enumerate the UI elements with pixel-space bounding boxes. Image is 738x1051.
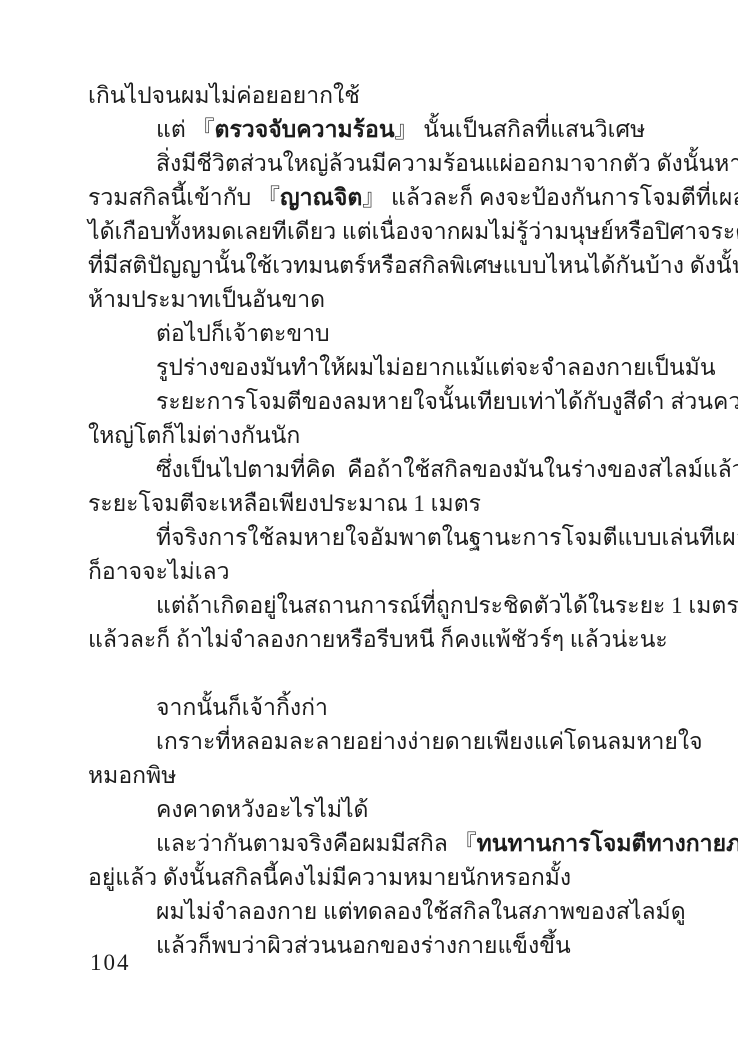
text-segment: แต่ถ้าเกิดอยู่ในสถานการณ์ที่ถูกประชิดตัว… bbox=[156, 593, 738, 618]
text-segment: และว่ากันตามจริงคือผมมีสกิล bbox=[156, 831, 454, 856]
text-line: เกราะที่หลอมละลายอย่างง่ายดายเพียงแค่โดน… bbox=[88, 725, 688, 759]
text-line: รวมสกิลนี้เข้ากับ 『ญาณจิต』 แล้วละก็ คงจะ… bbox=[88, 181, 688, 215]
book-page: เกินไปจนผมไม่ค่อยอยากใช้แต่ 『ตรวจจับความ… bbox=[0, 0, 738, 1051]
text-segment: ห้ามประมาทเป็นอันขาด bbox=[88, 287, 325, 312]
skill-name: ญาณจิต bbox=[280, 185, 362, 210]
text-segment: คงคาดหวังอะไรไม่ได้ bbox=[156, 797, 368, 822]
text-segment: ได้เกือบทั้งหมดเลยทีเดียว แต่เนื่องจากผม… bbox=[88, 219, 738, 244]
text-line: ก็อาจจะไม่เลว bbox=[88, 555, 688, 589]
text-line: เกินไปจนผมไม่ค่อยอยากใช้ bbox=[88, 79, 688, 113]
text-line: ซึ่งเป็นไปตามที่คิด คือถ้าใช้สกิลของมันใ… bbox=[88, 453, 688, 487]
page-number: 104 bbox=[90, 950, 131, 976]
text-segment: แล้วละก็ ถ้าไม่จำลองกายหรือรีบหนี ก็คงแพ… bbox=[88, 627, 668, 652]
text-segment: ระยะการโจมตีของลมหายใจนั้นเทียบเท่าได้กั… bbox=[156, 389, 738, 414]
text-line: และว่ากันตามจริงคือผมมีสกิล 『ทนทานการโจม… bbox=[88, 827, 688, 861]
text-segment: 『 bbox=[454, 831, 477, 856]
text-segment: ระยะโจมตีจะเหลือเพียงประมาณ 1 เมตร bbox=[88, 491, 481, 516]
text-line: ผมไม่จำลองกาย แต่ทดลองใช้สกิลในสภาพของสไ… bbox=[88, 895, 688, 929]
text-segment: อยู่แล้ว ดังนั้นสกิลนี้คงไม่มีความหมายนั… bbox=[88, 865, 571, 890]
text-line: สิ่งมีชีวิตส่วนใหญ่ล้วนมีความร้อนแผ่ออกม… bbox=[88, 147, 688, 181]
text-segment: นั้นเป็นสกิลที่แสนวิเศษ bbox=[418, 117, 646, 142]
text-line: ได้เกือบทั้งหมดเลยทีเดียว แต่เนื่องจากผม… bbox=[88, 215, 688, 249]
blank-line bbox=[88, 657, 688, 691]
text-segment: รวมสกิลนี้เข้ากับ bbox=[88, 185, 257, 210]
skill-name: ตรวจจับความร้อน bbox=[215, 117, 395, 142]
text-segment: ที่มีสติปัญญานั้นใช้เวทมนตร์หรือสกิลพิเศ… bbox=[88, 253, 738, 278]
body-text: เกินไปจนผมไม่ค่อยอยากใช้แต่ 『ตรวจจับความ… bbox=[88, 79, 688, 963]
text-line: รูปร่างของมันทำให้ผมไม่อยากแม้แต่จะจำลอง… bbox=[88, 351, 688, 385]
text-segment: รูปร่างของมันทำให้ผมไม่อยากแม้แต่จะจำลอง… bbox=[156, 355, 716, 380]
text-segment: หมอกพิษ bbox=[88, 763, 176, 788]
skill-name: ทนทานการโจมตีทางกายภาพ bbox=[477, 831, 738, 856]
text-line: อยู่แล้ว ดังนั้นสกิลนี้คงไม่มีความหมายนั… bbox=[88, 861, 688, 895]
text-line: แล้วก็พบว่าผิวส่วนนอกของร่างกายแข็งขึ้น bbox=[88, 929, 688, 963]
text-segment: 』 bbox=[395, 117, 418, 142]
text-segment: ผมไม่จำลองกาย แต่ทดลองใช้สกิลในสภาพของสไ… bbox=[156, 899, 686, 924]
text-line: ที่จริงการใช้ลมหายใจอัมพาตในฐานะการโจมตี… bbox=[88, 521, 688, 555]
text-segment: ซึ่งเป็นไปตามที่คิด คือถ้าใช้สกิลของมันใ… bbox=[156, 457, 738, 482]
text-segment: ที่จริงการใช้ลมหายใจอัมพาตในฐานะการโจมตี… bbox=[156, 525, 738, 550]
text-segment: จากนั้นก็เจ้ากิ้งก่า bbox=[156, 695, 328, 720]
text-segment: สิ่งมีชีวิตส่วนใหญ่ล้วนมีความร้อนแผ่ออกม… bbox=[156, 151, 738, 176]
text-segment: แล้วก็พบว่าผิวส่วนนอกของร่างกายแข็งขึ้น bbox=[156, 933, 571, 958]
text-segment: ต่อไปก็เจ้าตะขาบ bbox=[156, 321, 330, 346]
text-line: ห้ามประมาทเป็นอันขาด bbox=[88, 283, 688, 317]
text-line: แต่ 『ตรวจจับความร้อน』 นั้นเป็นสกิลที่แสน… bbox=[88, 113, 688, 147]
text-line: หมอกพิษ bbox=[88, 759, 688, 793]
text-line: ที่มีสติปัญญานั้นใช้เวทมนตร์หรือสกิลพิเศ… bbox=[88, 249, 688, 283]
text-segment: 『 bbox=[192, 117, 215, 142]
text-segment: ก็อาจจะไม่เลว bbox=[88, 559, 230, 584]
text-line: ระยะโจมตีจะเหลือเพียงประมาณ 1 เมตร bbox=[88, 487, 688, 521]
text-segment: 『 bbox=[257, 185, 280, 210]
text-segment: แล้วละก็ คงจะป้องกันการโจมตีที่เผลอ bbox=[385, 185, 738, 210]
text-line: แล้วละก็ ถ้าไม่จำลองกายหรือรีบหนี ก็คงแพ… bbox=[88, 623, 688, 657]
text-segment: 』 bbox=[362, 185, 385, 210]
text-segment: ใหญ่โตก็ไม่ต่างกันนัก bbox=[88, 423, 300, 448]
text-line: จากนั้นก็เจ้ากิ้งก่า bbox=[88, 691, 688, 725]
text-line: ต่อไปก็เจ้าตะขาบ bbox=[88, 317, 688, 351]
text-line: คงคาดหวังอะไรไม่ได้ bbox=[88, 793, 688, 827]
text-segment: เกราะที่หลอมละลายอย่างง่ายดายเพียงแค่โดน… bbox=[156, 729, 703, 754]
text-line: แต่ถ้าเกิดอยู่ในสถานการณ์ที่ถูกประชิดตัว… bbox=[88, 589, 688, 623]
text-line: ระยะการโจมตีของลมหายใจนั้นเทียบเท่าได้กั… bbox=[88, 385, 688, 419]
text-segment: แต่ bbox=[156, 117, 192, 142]
text-segment: เกินไปจนผมไม่ค่อยอยากใช้ bbox=[88, 83, 360, 108]
text-line: ใหญ่โตก็ไม่ต่างกันนัก bbox=[88, 419, 688, 453]
